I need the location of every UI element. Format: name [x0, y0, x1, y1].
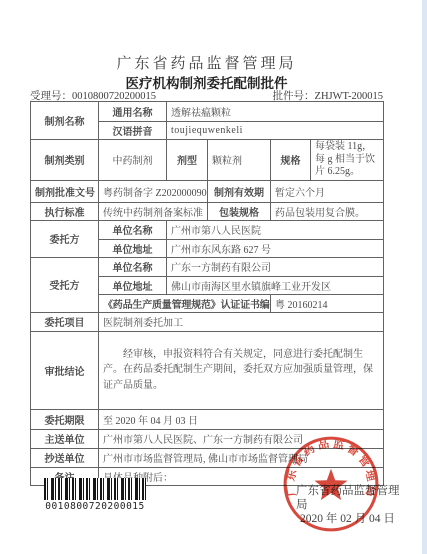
official-seal: 广东省药品监督管理局 [280, 433, 382, 535]
entrusting-party-label: 委托方 [31, 220, 99, 257]
dosage-form-label: 剂型 [167, 140, 208, 181]
approval-doc-no-label: 制剂批准文号 [31, 180, 99, 202]
period-label: 委托期限 [31, 409, 99, 429]
table-row: 委托方 单位名称 广州市第八人民医院 [31, 220, 384, 239]
generic-name-value: 透解祛瘟颗粒 [167, 102, 384, 122]
table-row: 委托项目 医院制剂委托加工 [31, 312, 384, 331]
gmp-cert-label: 《药品生产质量管理规范》认证证书编号 [99, 294, 271, 312]
dosage-form-value: 颗粒剂 [208, 140, 271, 181]
preparation-name-label: 制剂名称 [31, 102, 99, 140]
package-spec-label: 包装规格 [208, 202, 271, 220]
barcode-number: 0010800720200015 [40, 501, 150, 512]
conclusion-paragraph: 经审核，申报资料符合有关规定，同意进行委托配制生产。在药品委托配制生产期间，委托… [103, 347, 379, 394]
table-row: 受托方 单位名称 广东一方制药有限公司 [31, 257, 384, 276]
authority-title: 广东省药品监督管理局 [30, 52, 383, 73]
pinyin-value: toujiequwenkeli [167, 122, 384, 140]
entrusted-unit-address-value: 佛山市南海区里水镇旗峰工业开发区 [167, 276, 384, 294]
entrusting-unit-address-value: 广州市东风东路 627 号 [167, 239, 384, 257]
star-icon [314, 469, 347, 500]
barcode [44, 478, 146, 500]
standard-label: 执行标准 [31, 202, 99, 220]
table-row: 审批结论 经审核，申报资料符合有关规定，同意进行委托配制生产。在药品委托配制生产… [31, 331, 384, 409]
entrust-project-value: 医院制剂委托加工 [99, 312, 384, 331]
package-spec-value: 药品包装用复合膜。 [271, 202, 384, 220]
gmp-cert-value: 粤 20160214 [271, 294, 384, 312]
spec-label: 规格 [271, 140, 311, 181]
table-row: 制剂名称 通用名称 透解祛瘟颗粒 [31, 102, 384, 122]
generic-name-label: 通用名称 [99, 102, 167, 122]
entrusted-unit-name-value: 广东一方制药有限公司 [167, 257, 384, 276]
validity-value: 暂定六个月 [271, 180, 384, 202]
table-row: 制剂类别 中药制剂 剂型 颗粒剂 规格 每袋装 11g，每 g 相当于饮片 6.… [31, 140, 384, 181]
standard-value: 传统中药制剂备案标准 [99, 202, 208, 220]
conclusion-label: 审批结论 [31, 331, 99, 409]
approval-doc-no-value: 粤药制备字 Z20200009000 [99, 180, 208, 202]
entrusted-unit-address-label: 单位地址 [99, 276, 167, 294]
entrusted-unit-name-label: 单位名称 [99, 257, 167, 276]
period-value: 至 2020 年 04 月 03 日 [99, 409, 384, 429]
entrusting-unit-name-label: 单位名称 [99, 220, 167, 239]
entrusted-party-label: 受托方 [31, 257, 99, 312]
entrusting-unit-name-value: 广州市第八人民医院 [167, 220, 384, 239]
page-edge-strip [422, 0, 427, 554]
conclusion-value: 经审核，申报资料符合有关规定，同意进行委托配制生产。在药品委托配制生产期间，委托… [99, 331, 384, 409]
table-row: 制剂批准文号 粤药制备字 Z20200009000 制剂有效期 暂定六个月 [31, 180, 384, 202]
main-recipient-label: 主送单位 [31, 429, 99, 448]
category-value: 中药制剂 [99, 140, 167, 181]
spec-value: 每袋装 11g，每 g 相当于饮片 6.25g。 [311, 140, 384, 181]
entrust-project-label: 委托项目 [31, 312, 99, 331]
cc-recipient-label: 抄送单位 [31, 448, 99, 467]
entrusting-unit-address-label: 单位地址 [99, 239, 167, 257]
validity-label: 制剂有效期 [208, 180, 271, 202]
pinyin-label: 汉语拼音 [99, 122, 167, 140]
approval-table: 制剂名称 通用名称 透解祛瘟颗粒 汉语拼音 toujiequwenkeli 制剂… [30, 101, 384, 486]
table-row: 执行标准 传统中药制剂备案标准 包装规格 药品包装用复合膜。 [31, 202, 384, 220]
approval-document: 广东省药品监督管理局 医疗机构制剂委托配制批件 受理号：001080072020… [0, 0, 427, 554]
category-label: 制剂类别 [31, 140, 99, 181]
table-row: 委托期限 至 2020 年 04 月 03 日 [31, 409, 384, 429]
